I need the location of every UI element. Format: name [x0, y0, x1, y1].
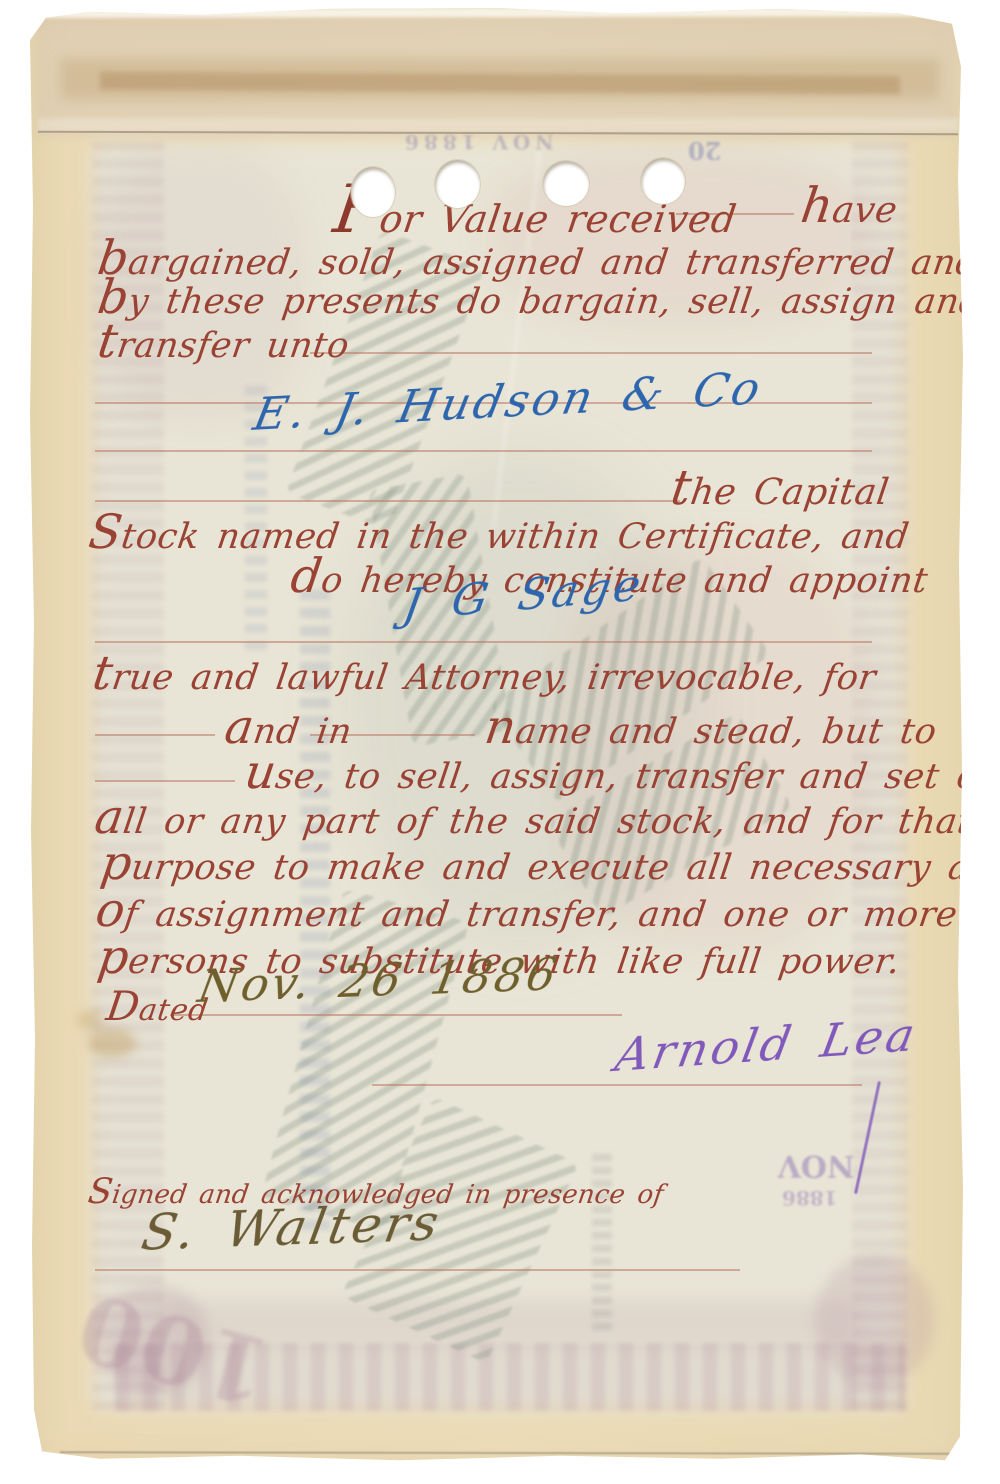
top-white-torn-edge: [45, 7, 940, 18]
certificate-paper: NOV 1886 20 NOV 1886 100 For Value recei: [0, 0, 1000, 1484]
scanned-stock-certificate-back: { "colors": { "paper_margin": "#ead9b4",…: [0, 0, 1000, 1484]
inner-sheet-area: [92, 142, 904, 1410]
top-strip-tint: [36, 14, 958, 136]
bottom-torn-line: [60, 1451, 955, 1454]
top-stain-band: [60, 58, 940, 100]
top-stain-streak: [100, 72, 900, 94]
torn-line: [38, 131, 958, 135]
torn-line-highlight: [38, 118, 958, 132]
